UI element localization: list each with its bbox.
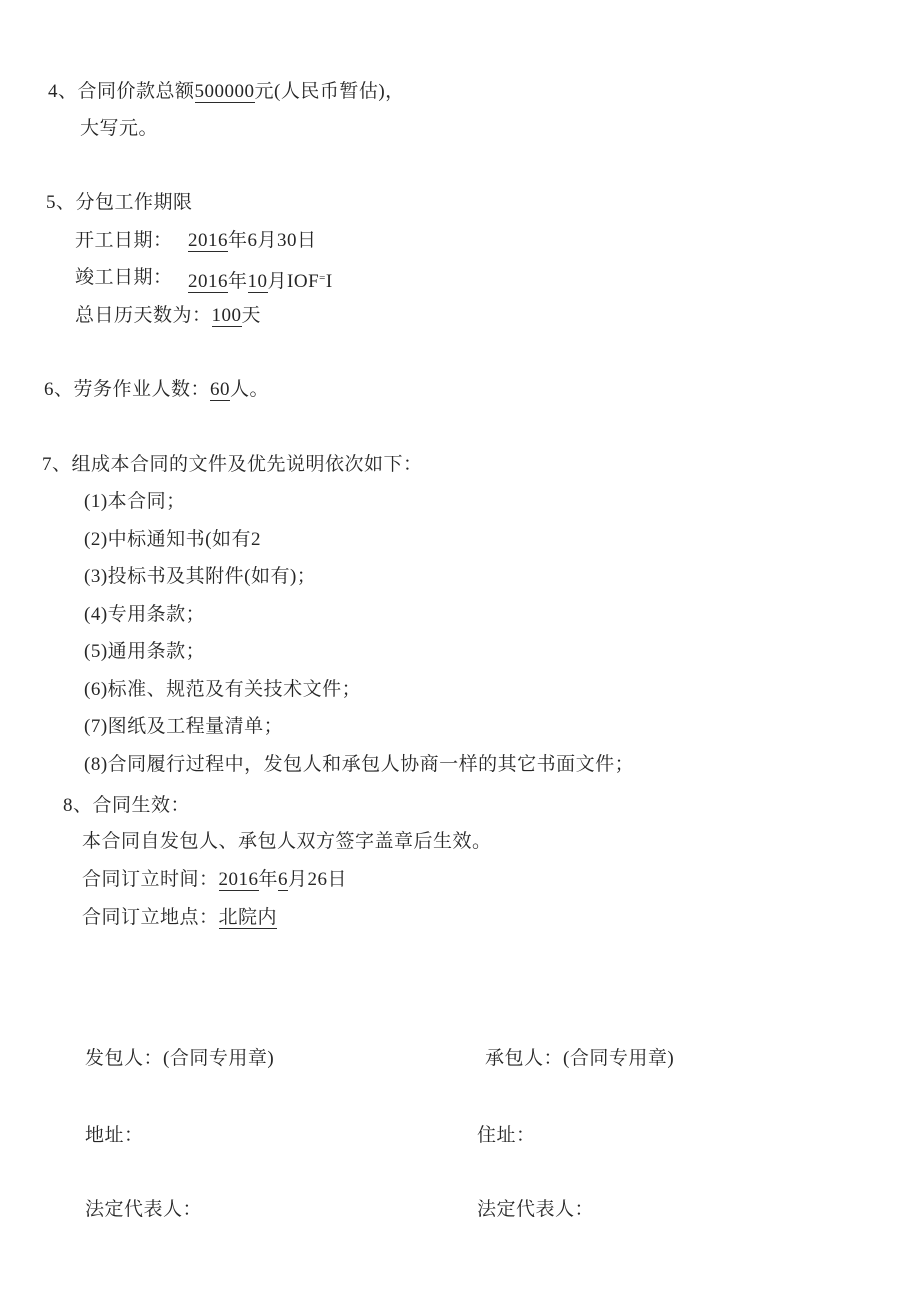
clause-7-item-4: (4)专用条款； (84, 602, 205, 628)
end-date-superscript: = (319, 272, 326, 284)
end-date-value: 2016年10月IOF=I (188, 265, 333, 295)
clause-7-item-5: (5)通用条款； (84, 639, 205, 665)
clause-4-price-line: 4、合同价款总额500000元(人民币暂估)， (48, 79, 405, 105)
employer-address-label: 地址： (85, 1123, 144, 1149)
contract-place-value: 北院内 (219, 907, 278, 929)
contract-place-label: 合同订立地点： (82, 907, 219, 928)
clause-7-item-3: (3)投标书及其附件(如有)； (84, 564, 316, 590)
contract-time-sep: 年 (259, 869, 279, 890)
clause-4-capital-line: 大写元。 (80, 116, 158, 142)
clause-7-item-2: (2)中标通知书(如有2 (84, 527, 261, 553)
clause-8-title: 8、合同生效： (63, 793, 190, 819)
contract-document-page: 4、合同价款总额500000元(人民币暂估)， 大写元。 5、分包工作期限 开工… (0, 0, 920, 1301)
start-date-label: 开工日期： (75, 228, 173, 254)
calendar-days-line: 总日历天数为：100天 (75, 303, 261, 329)
contract-time-line: 合同订立时间：2016年6月26日 (82, 867, 347, 893)
clause-4-prefix: 4、合同价款总额 (48, 81, 195, 102)
clause-6-value: 60 (210, 379, 230, 401)
clause-7-item-6: (6)标准、规范及有关技术文件； (84, 677, 361, 703)
contract-time-label: 合同订立时间： (82, 869, 219, 890)
end-date-label: 竣工日期： (75, 265, 173, 291)
employer-party-label: 发包人：(合同专用章) (85, 1046, 274, 1072)
contract-place-line: 合同订立地点：北院内 (82, 905, 277, 931)
end-date-tail2: I (326, 271, 333, 292)
clause-7-title: 7、组成本合同的文件及优先说明依次如下： (42, 452, 423, 478)
end-date-tail: 月IOF (268, 271, 320, 292)
clause-7-item-1: (1)本合同； (84, 489, 186, 515)
end-date-month: 10 (248, 271, 268, 293)
calendar-days-value: 100 (212, 305, 242, 327)
end-date-sep: 年 (228, 271, 248, 292)
clause-4-amount-value: 500000 (195, 81, 255, 103)
clause-7-item-7: (7)图纸及工程量清单； (84, 714, 283, 740)
clause-5-title: 5、分包工作期限 (46, 190, 193, 216)
clause-4-suffix: 元(人民币暂估)， (255, 81, 405, 102)
clause-7-item-8: (8)合同履行过程中，发包人和承包人协商一样的其它书面文件； (84, 752, 634, 778)
start-date-rest: 年6月30日 (228, 230, 317, 251)
clause-8-effective-line: 本合同自发包人、承包人双方签字盖章后生效。 (82, 829, 492, 855)
end-date-year: 2016 (188, 271, 228, 293)
employer-legal-rep-label: 法定代表人： (85, 1197, 202, 1223)
calendar-days-label: 总日历天数为： (75, 305, 212, 326)
contractor-party-label: 承包人：(合同专用章) (485, 1046, 674, 1072)
contract-time-month: 6 (278, 869, 288, 891)
contractor-legal-rep-label: 法定代表人： (477, 1197, 594, 1223)
clause-6-suffix: 人。 (230, 379, 269, 400)
clause-6-workers-line: 6、劳务作业人数：60人。 (44, 377, 269, 403)
contract-time-year: 2016 (219, 869, 259, 891)
start-date-value: 2016年6月30日 (188, 228, 317, 254)
start-date-year: 2016 (188, 230, 228, 252)
clause-6-label: 6、劳务作业人数： (44, 379, 210, 400)
contractor-address-label: 住址： (477, 1123, 536, 1149)
calendar-days-suffix: 天 (242, 305, 262, 326)
contract-time-rest: 月26日 (288, 869, 347, 890)
